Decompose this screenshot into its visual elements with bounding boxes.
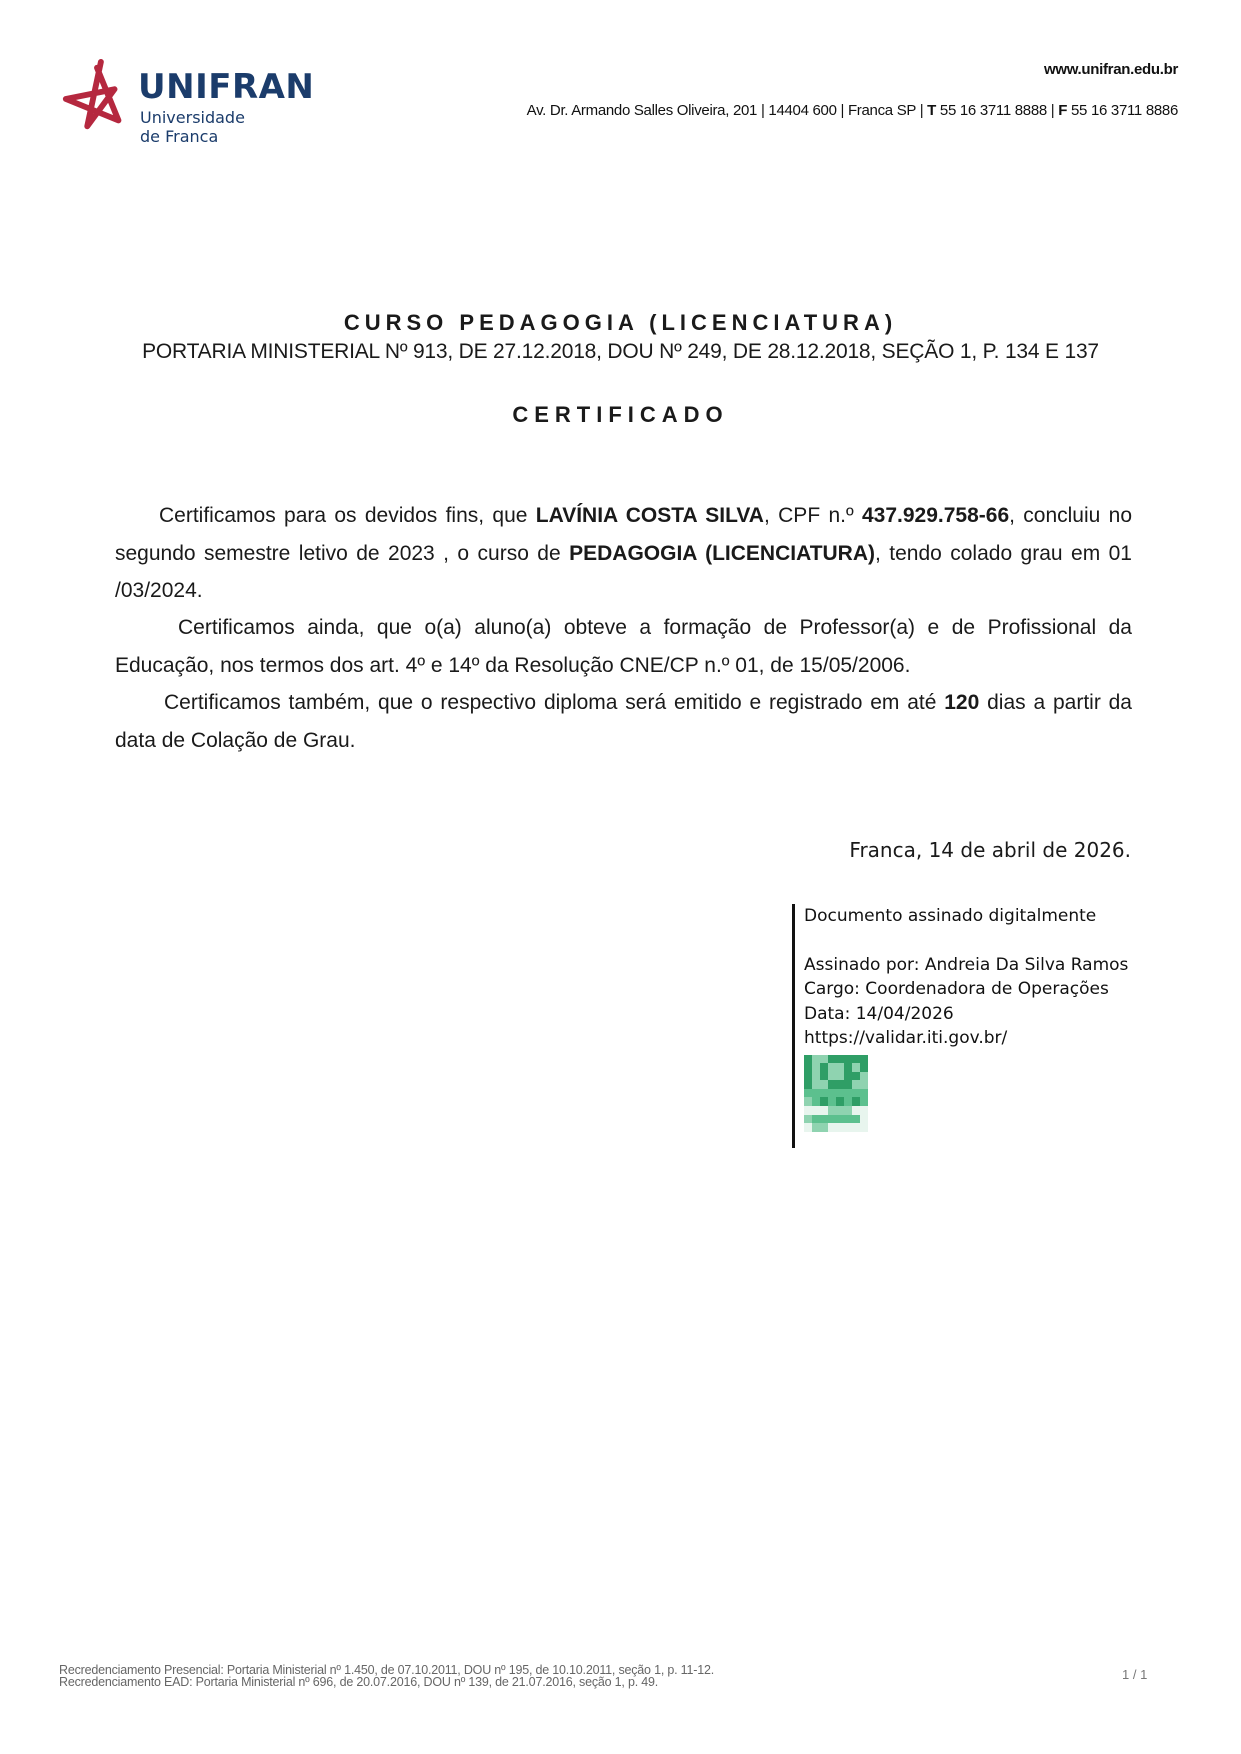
place-date: Franca, 14 de abril de 2026.: [849, 838, 1131, 862]
footer-accreditation: Recredenciamento Presencial: Portaria Mi…: [59, 1664, 714, 1688]
text: Certificamos também, que o respectivo di…: [164, 691, 944, 714]
portaria-line: PORTARIA MINISTERIAL Nº 913, DE 27.12.20…: [0, 340, 1241, 364]
logo-subtitle: Universidade de Franca: [140, 108, 245, 146]
validation-url[interactable]: https://validar.iti.gov.br/: [804, 1026, 1144, 1051]
diploma-days: 120: [944, 691, 979, 714]
certificate-title: CERTIFICADO: [0, 402, 1241, 428]
text: Certificamos para os devidos fins, que: [159, 504, 536, 527]
phone-label: T: [927, 102, 936, 119]
text: , CPF n.º: [764, 504, 862, 527]
footer-line2: Recredenciamento EAD: Portaria Ministeri…: [59, 1676, 714, 1688]
unifran-star-logo-icon: [58, 58, 136, 136]
address: Av. Dr. Armando Salles Oliveira, 201 | 1…: [527, 102, 928, 119]
course-title: CURSO PEDAGOGIA (LICENCIATURA): [0, 310, 1241, 336]
student-cpf: 437.929.758-66: [862, 504, 1009, 527]
signature-heading: Documento assinado digitalmente: [804, 904, 1144, 929]
logo-subtitle-line2: de Franca: [140, 127, 245, 146]
signature-date: Data: 14/04/2026: [804, 1002, 1144, 1027]
logo-subtitle-line1: Universidade: [140, 108, 245, 127]
course-name: PEDAGOGIA (LICENCIATURA): [569, 542, 875, 565]
logo-brand: UNIFRAN: [138, 70, 314, 104]
signer-role: Cargo: Coordenadora de Operações: [804, 977, 1144, 1002]
text: Certificamos ainda, que o(a) aluno(a) ob…: [115, 616, 1132, 677]
fax-label: F: [1058, 102, 1067, 119]
page-indicator: 1 / 1: [1122, 1667, 1147, 1682]
digital-signature-block: Documento assinado digitalmente Assinado…: [792, 904, 1144, 1148]
signed-by: Assinado por: Andreia Da Silva Ramos: [804, 953, 1144, 978]
student-name: LAVÍNIA COSTA SILVA: [536, 504, 764, 527]
website-link[interactable]: www.unifran.edu.br: [1044, 61, 1178, 78]
paragraph-diploma: Certificamos também, que o respectivo di…: [115, 684, 1132, 759]
fax: 55 16 3711 8886: [1067, 102, 1178, 119]
paragraph-conclusion: Certificamos para os devidos fins, que L…: [115, 497, 1132, 610]
unifran-logo: UNIFRAN Universidade de Franca: [58, 58, 308, 148]
address-line: Av. Dr. Armando Salles Oliveira, 201 | 1…: [478, 101, 1178, 121]
paragraph-formation: Certificamos ainda, que o(a) aluno(a) ob…: [115, 609, 1132, 684]
icp-brasil-seal-icon: [804, 1055, 868, 1133]
phone: 55 16 3711 8888 |: [936, 102, 1058, 119]
